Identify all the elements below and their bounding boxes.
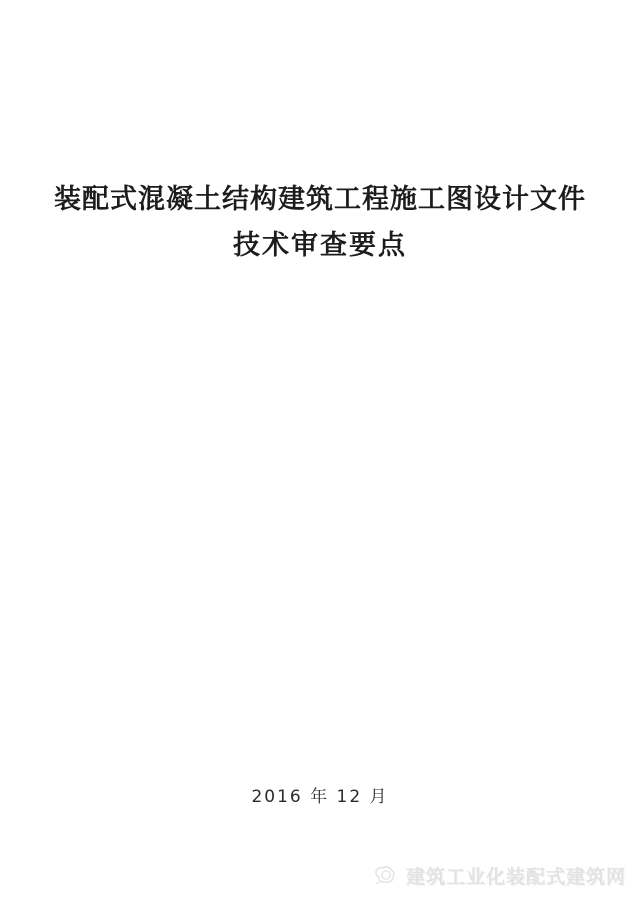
document-page: 装配式混凝土结构建筑工程施工图设计文件 技术审查要点 2016 年 12 月 建… <box>0 0 640 905</box>
watermark: 建筑工业化装配式建筑网 <box>374 862 626 889</box>
watermark-text: 建筑工业化装配式建筑网 <box>406 862 626 889</box>
document-date: 2016 年 12 月 <box>0 782 640 807</box>
document-title-line1: 装配式混凝土结构建筑工程施工图设计文件 <box>0 184 640 216</box>
document-title-line2: 技术审查要点 <box>0 230 640 262</box>
document-title-block: 装配式混凝土结构建筑工程施工图设计文件 技术审查要点 <box>0 184 640 262</box>
site-logo-icon <box>374 864 400 888</box>
